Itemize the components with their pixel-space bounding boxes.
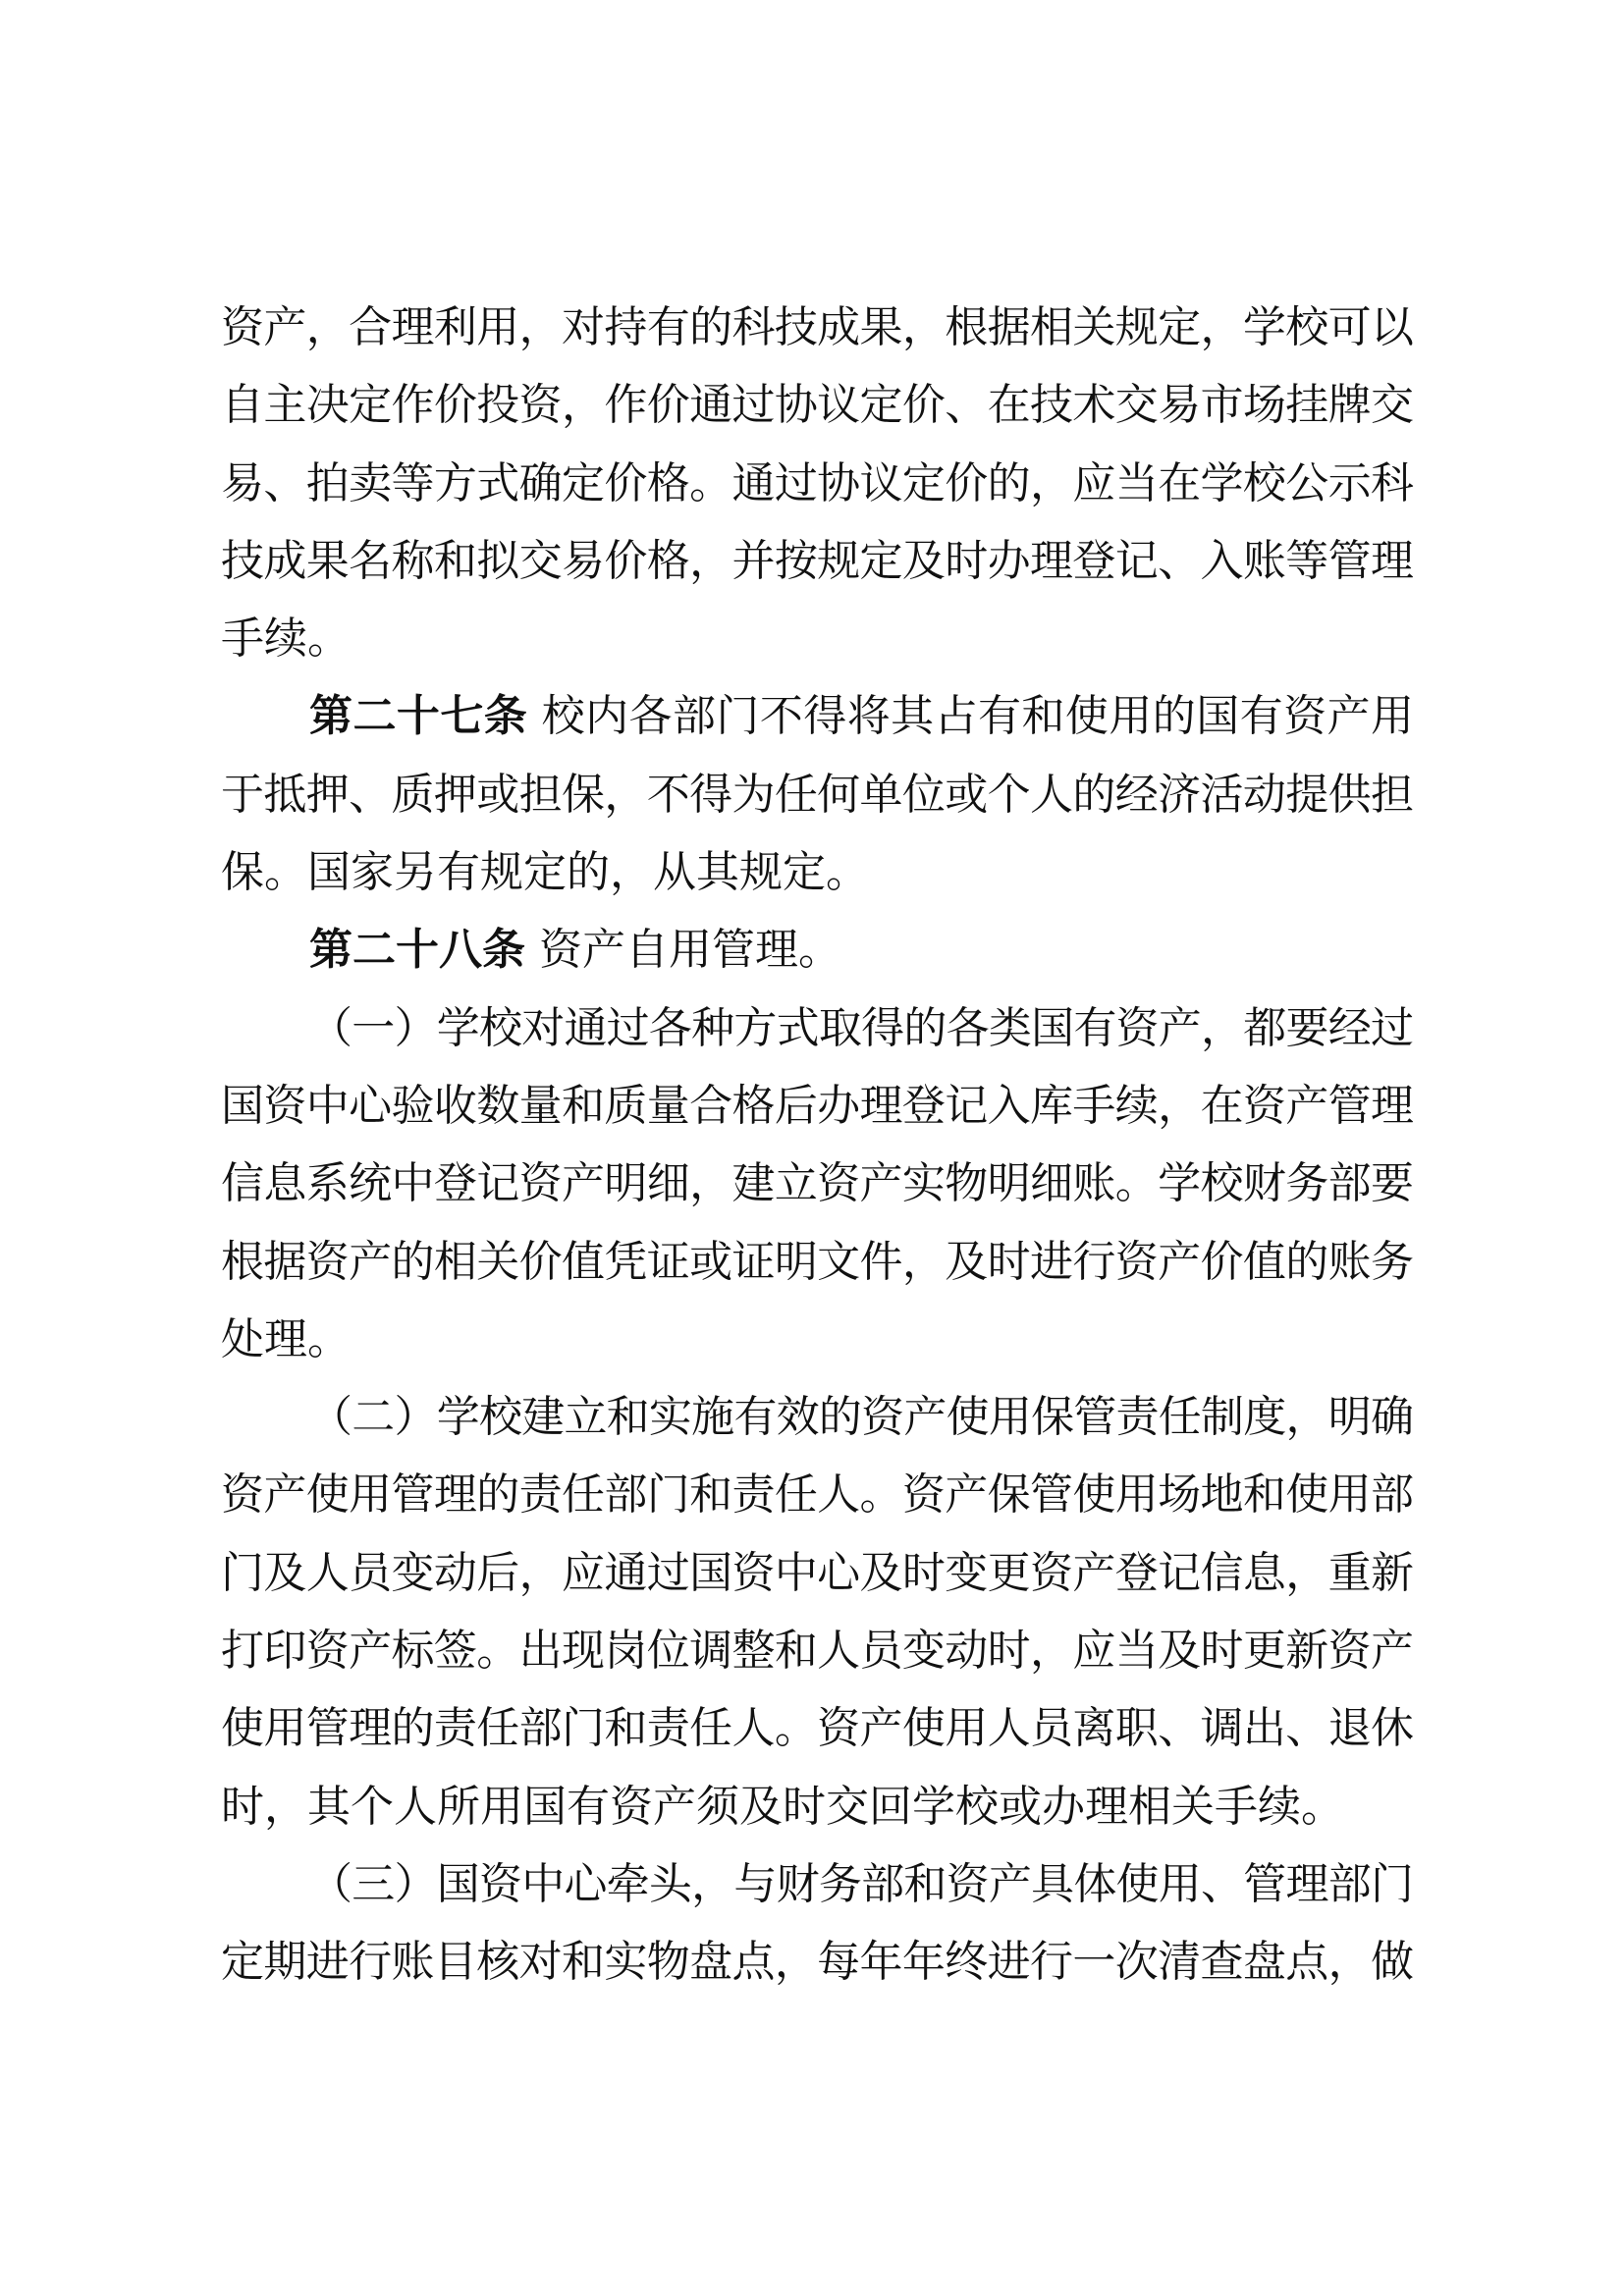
text-line: 资产使用管理的责任部门和责任人。资产保管使用场地和使用部 <box>221 1456 1414 1533</box>
text-line: 信息系统中登记资产明细，建立资产实物明细账。学校财务部要 <box>221 1145 1414 1222</box>
text-line: 于抵押、质押或担保，不得为任何单位或个人的经济活动提供担 <box>221 756 1414 833</box>
text-line: 手续。 <box>221 600 1414 677</box>
text-line: 国资中心验收数量和质量合格后办理登记入库手续，在资产管理 <box>221 1067 1414 1145</box>
clause-1-line: （一）学校对通过各种方式取得的各类国有资产，都要经过 <box>221 989 1414 1067</box>
text-line: 保。国家另有规定的，从其规定。 <box>221 833 1414 911</box>
body-text: 资产，合理利用，对持有的科技成果，根据相关规定，学校可以 自主决定作价投资，作价… <box>221 289 1414 2002</box>
text-line: 易、拍卖等方式确定价格。通过协议定价的，应当在学校公示科 <box>221 445 1414 522</box>
text-line: 技成果名称和拟交易价格，并按规定及时办理登记、入账等管理 <box>221 522 1414 600</box>
text-line: 自主决定作价投资，作价通过协议定价、在技术交易市场挂牌交 <box>221 366 1414 444</box>
text-line: 根据资产的相关价值凭证或证明文件，及时进行资产价值的账务 <box>221 1223 1414 1301</box>
clause-2-line: （二）学校建立和实施有效的资产使用保管责任制度，明确 <box>221 1378 1414 1456</box>
article-27-line: 第二十七条 校内各部门不得将其占有和使用的国有资产用 <box>221 677 1414 755</box>
article-heading: 第二十八条 <box>309 925 525 975</box>
text-line: 门及人员变动后，应通过国资中心及时变更资产登记信息，重新 <box>221 1534 1414 1612</box>
text-line: 打印资产标签。出现岗位调整和人员变动时，应当及时更新资产 <box>221 1612 1414 1689</box>
text-line: 定期进行账目核对和实物盘点，每年年终进行一次清查盘点，做 <box>221 1923 1414 2001</box>
text-line: 时，其个人所用国有资产须及时交回学校或办理相关手续。 <box>221 1768 1414 1845</box>
article-28-line: 第二十八条 资产自用管理。 <box>221 911 1414 988</box>
text-line: 使用管理的责任部门和责任人。资产使用人员离职、调出、退休 <box>221 1689 1414 1767</box>
clause-3-line: （三）国资中心牵头，与财务部和资产具体使用、管理部门 <box>221 1845 1414 1923</box>
article-heading: 第二十七条 <box>309 691 527 741</box>
text-line: 处理。 <box>221 1301 1414 1378</box>
text-line: 资产，合理利用，对持有的科技成果，根据相关规定，学校可以 <box>221 289 1414 366</box>
document-page: 资产，合理利用，对持有的科技成果，根据相关规定，学校可以 自主决定作价投资，作价… <box>0 0 1624 2296</box>
